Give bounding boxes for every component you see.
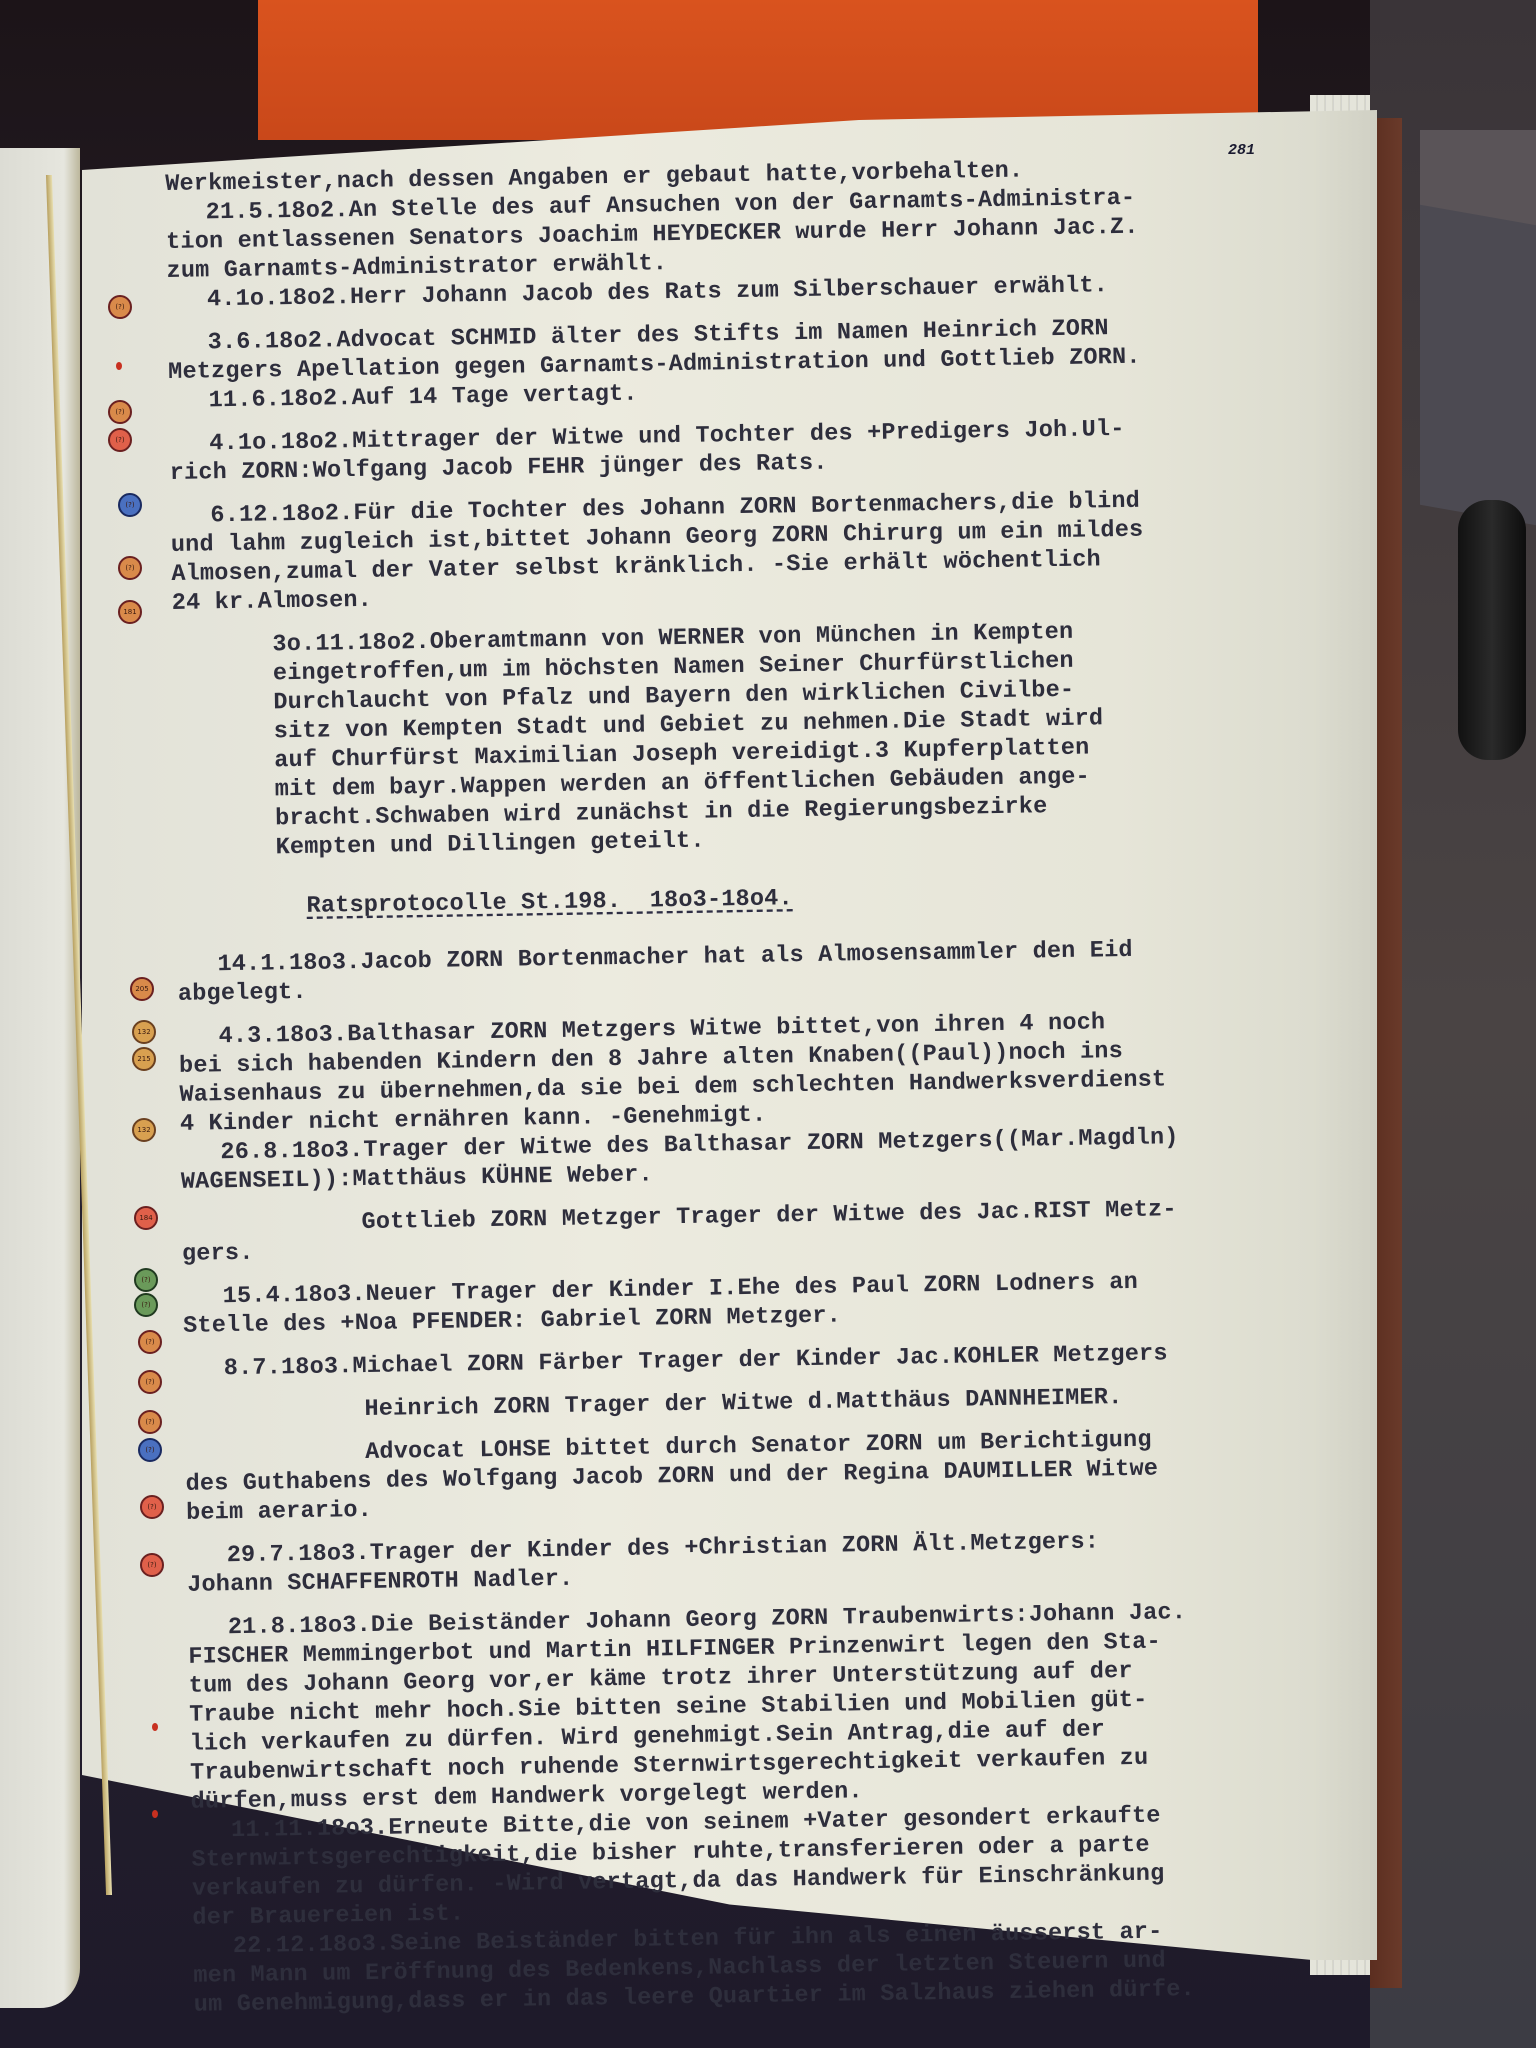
margin-marker: 205: [130, 977, 154, 1001]
margin-marker: (?): [118, 556, 142, 580]
margin-marker: (?): [108, 428, 132, 452]
margin-marker: (?): [134, 1268, 158, 1292]
margin-marker: (?): [140, 1495, 164, 1519]
margin-marker: (?): [138, 1438, 162, 1462]
margin-marker: 132: [132, 1020, 156, 1044]
typed-document-body: Werkmeister,nach dessen Angaben er gebau…: [165, 152, 1324, 2020]
margin-marker: (?): [138, 1410, 162, 1434]
margin-marker: [152, 1810, 158, 1818]
margin-marker: [116, 362, 122, 370]
margin-marker: (?): [108, 295, 132, 319]
margin-marker: (?): [134, 1293, 158, 1317]
margin-markers: (?)(?)(?)(?)(?)181205132215132184(?)(?)(…: [0, 0, 160, 2048]
black-handle-object: [1458, 500, 1526, 760]
margin-marker: (?): [118, 493, 142, 517]
margin-marker: (?): [108, 400, 132, 424]
margin-marker: (?): [138, 1330, 162, 1354]
margin-marker: 132: [132, 1118, 156, 1142]
margin-marker: 215: [132, 1047, 156, 1071]
margin-marker: [152, 1723, 158, 1731]
margin-marker: (?): [138, 1370, 162, 1394]
margin-marker: (?): [140, 1553, 164, 1577]
margin-marker: 184: [134, 1206, 158, 1230]
margin-marker: 181: [118, 600, 142, 624]
shelf-shadow: [1420, 205, 1536, 525]
